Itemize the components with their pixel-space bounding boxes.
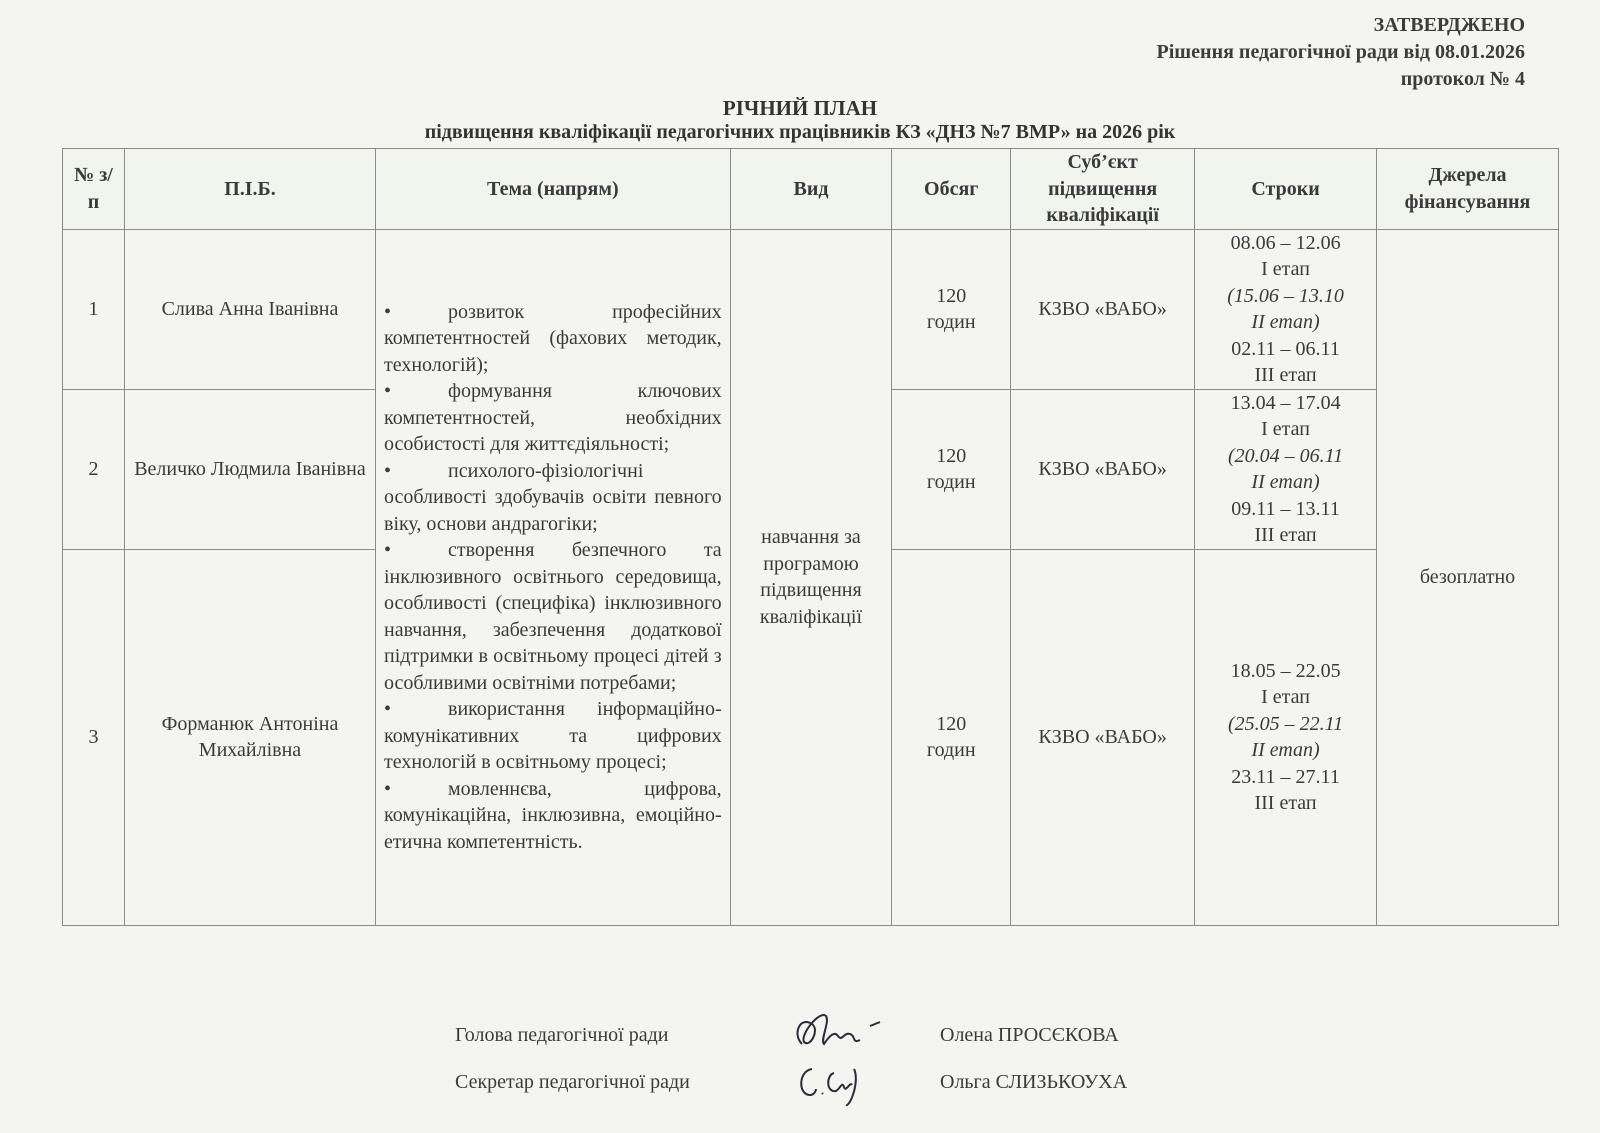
topic-item: •використання інформаційно-комунікативни… <box>384 696 722 776</box>
handwritten-signature-icon <box>790 1059 940 1106</box>
approval-decision: Рішення педагогічної ради від 08.01.2026 <box>1157 39 1525 66</box>
header-funding: Джерела фінансування <box>1377 149 1559 230</box>
topic-item: •мовленнєва, цифрова, комунікаційна, інк… <box>384 776 722 856</box>
row-number: 2 <box>63 389 125 549</box>
topic-item: •психолого-фізіологічні особливості здоб… <box>384 458 722 538</box>
header-name: П.І.Б. <box>124 149 375 230</box>
topic-list: •розвиток професійних компетентностей (ф… <box>384 299 722 856</box>
training-volume: 120 годин <box>892 389 1011 549</box>
bullet-icon: • <box>384 299 448 326</box>
signature-role: Секретар педагогічної ради <box>455 1059 790 1106</box>
header-dates: Строки <box>1195 149 1377 230</box>
bullet-icon: • <box>384 776 448 803</box>
table-header-row: № з/п П.І.Б. Тема (напрям) Вид Обсяг Суб… <box>63 149 1559 230</box>
signature-row-secretary: Секретар педагогічної ради Ольга СЛИЗЬКО… <box>455 1059 1127 1106</box>
header-volume: Обсяг <box>892 149 1011 230</box>
document-title: РІЧНИЙ ПЛАН підвищення кваліфікації педа… <box>0 96 1600 144</box>
header-no: № з/п <box>63 149 125 230</box>
teacher-name: Слива Анна Іванівна <box>124 229 375 389</box>
signature-block: Голова педагогічної ради Олена ПРОСЄКОВА… <box>455 1012 1127 1106</box>
topic-item: •розвиток професійних компетентностей (ф… <box>384 299 722 379</box>
bullet-icon: • <box>384 378 448 405</box>
header-kind: Вид <box>730 149 892 230</box>
teacher-name: Величко Людмила Іванівна <box>124 389 375 549</box>
approval-protocol: протокол № 4 <box>1157 66 1525 93</box>
bullet-icon: • <box>384 696 448 723</box>
approval-title: ЗАТВЕРДЖЕНО <box>1157 12 1525 39</box>
row-number: 3 <box>63 549 125 925</box>
title-main: РІЧНИЙ ПЛАН <box>0 96 1600 120</box>
training-plan-table: № з/п П.І.Б. Тема (напрям) Вид Обсяг Суб… <box>62 148 1559 926</box>
signatory-name: Олена ПРОСЄКОВА <box>940 1012 1119 1059</box>
header-topic: Тема (напрям) <box>376 149 731 230</box>
approval-stamp: ЗАТВЕРДЖЕНО Рішення педагогічної ради ві… <box>1157 12 1525 93</box>
bullet-icon: • <box>384 537 448 564</box>
funding-source: безоплатно <box>1377 229 1559 925</box>
signature-role: Голова педагогічної ради <box>455 1012 790 1059</box>
training-volume: 120 годин <box>892 229 1011 389</box>
signatory-name: Ольга СЛИЗЬКОУХА <box>940 1059 1127 1106</box>
training-kind: навчання за програмою підвищення кваліфі… <box>730 229 892 925</box>
training-provider: КЗВО «ВАБО» <box>1011 389 1195 549</box>
topic-list-cell: •розвиток професійних компетентностей (ф… <box>376 229 731 925</box>
row-number: 1 <box>63 229 125 389</box>
teacher-name: Форманюк Антоніна Михайлівна <box>124 549 375 925</box>
training-dates: 08.06 – 12.06 І етап (15.06 – 13.10 ІІ е… <box>1195 229 1377 389</box>
topic-item: •створення безпечного та інклюзивного ос… <box>384 537 722 696</box>
title-subtitle: підвищення кваліфікації педагогічних пра… <box>0 120 1600 144</box>
table-row: 1 Слива Анна Іванівна •розвиток професій… <box>63 229 1559 389</box>
training-dates: 18.05 – 22.05 І етап (25.05 – 22.11 ІІ е… <box>1195 549 1377 925</box>
bullet-icon: • <box>384 458 448 485</box>
training-provider: КЗВО «ВАБО» <box>1011 549 1195 925</box>
training-provider: КЗВО «ВАБО» <box>1011 229 1195 389</box>
topic-item: •формування ключових компетентностей, не… <box>384 378 722 458</box>
training-volume: 120 годин <box>892 549 1011 925</box>
header-subject: Суб’єкт підвищення кваліфікації <box>1011 149 1195 230</box>
training-dates: 13.04 – 17.04 І етап (20.04 – 06.11 ІІ е… <box>1195 389 1377 549</box>
